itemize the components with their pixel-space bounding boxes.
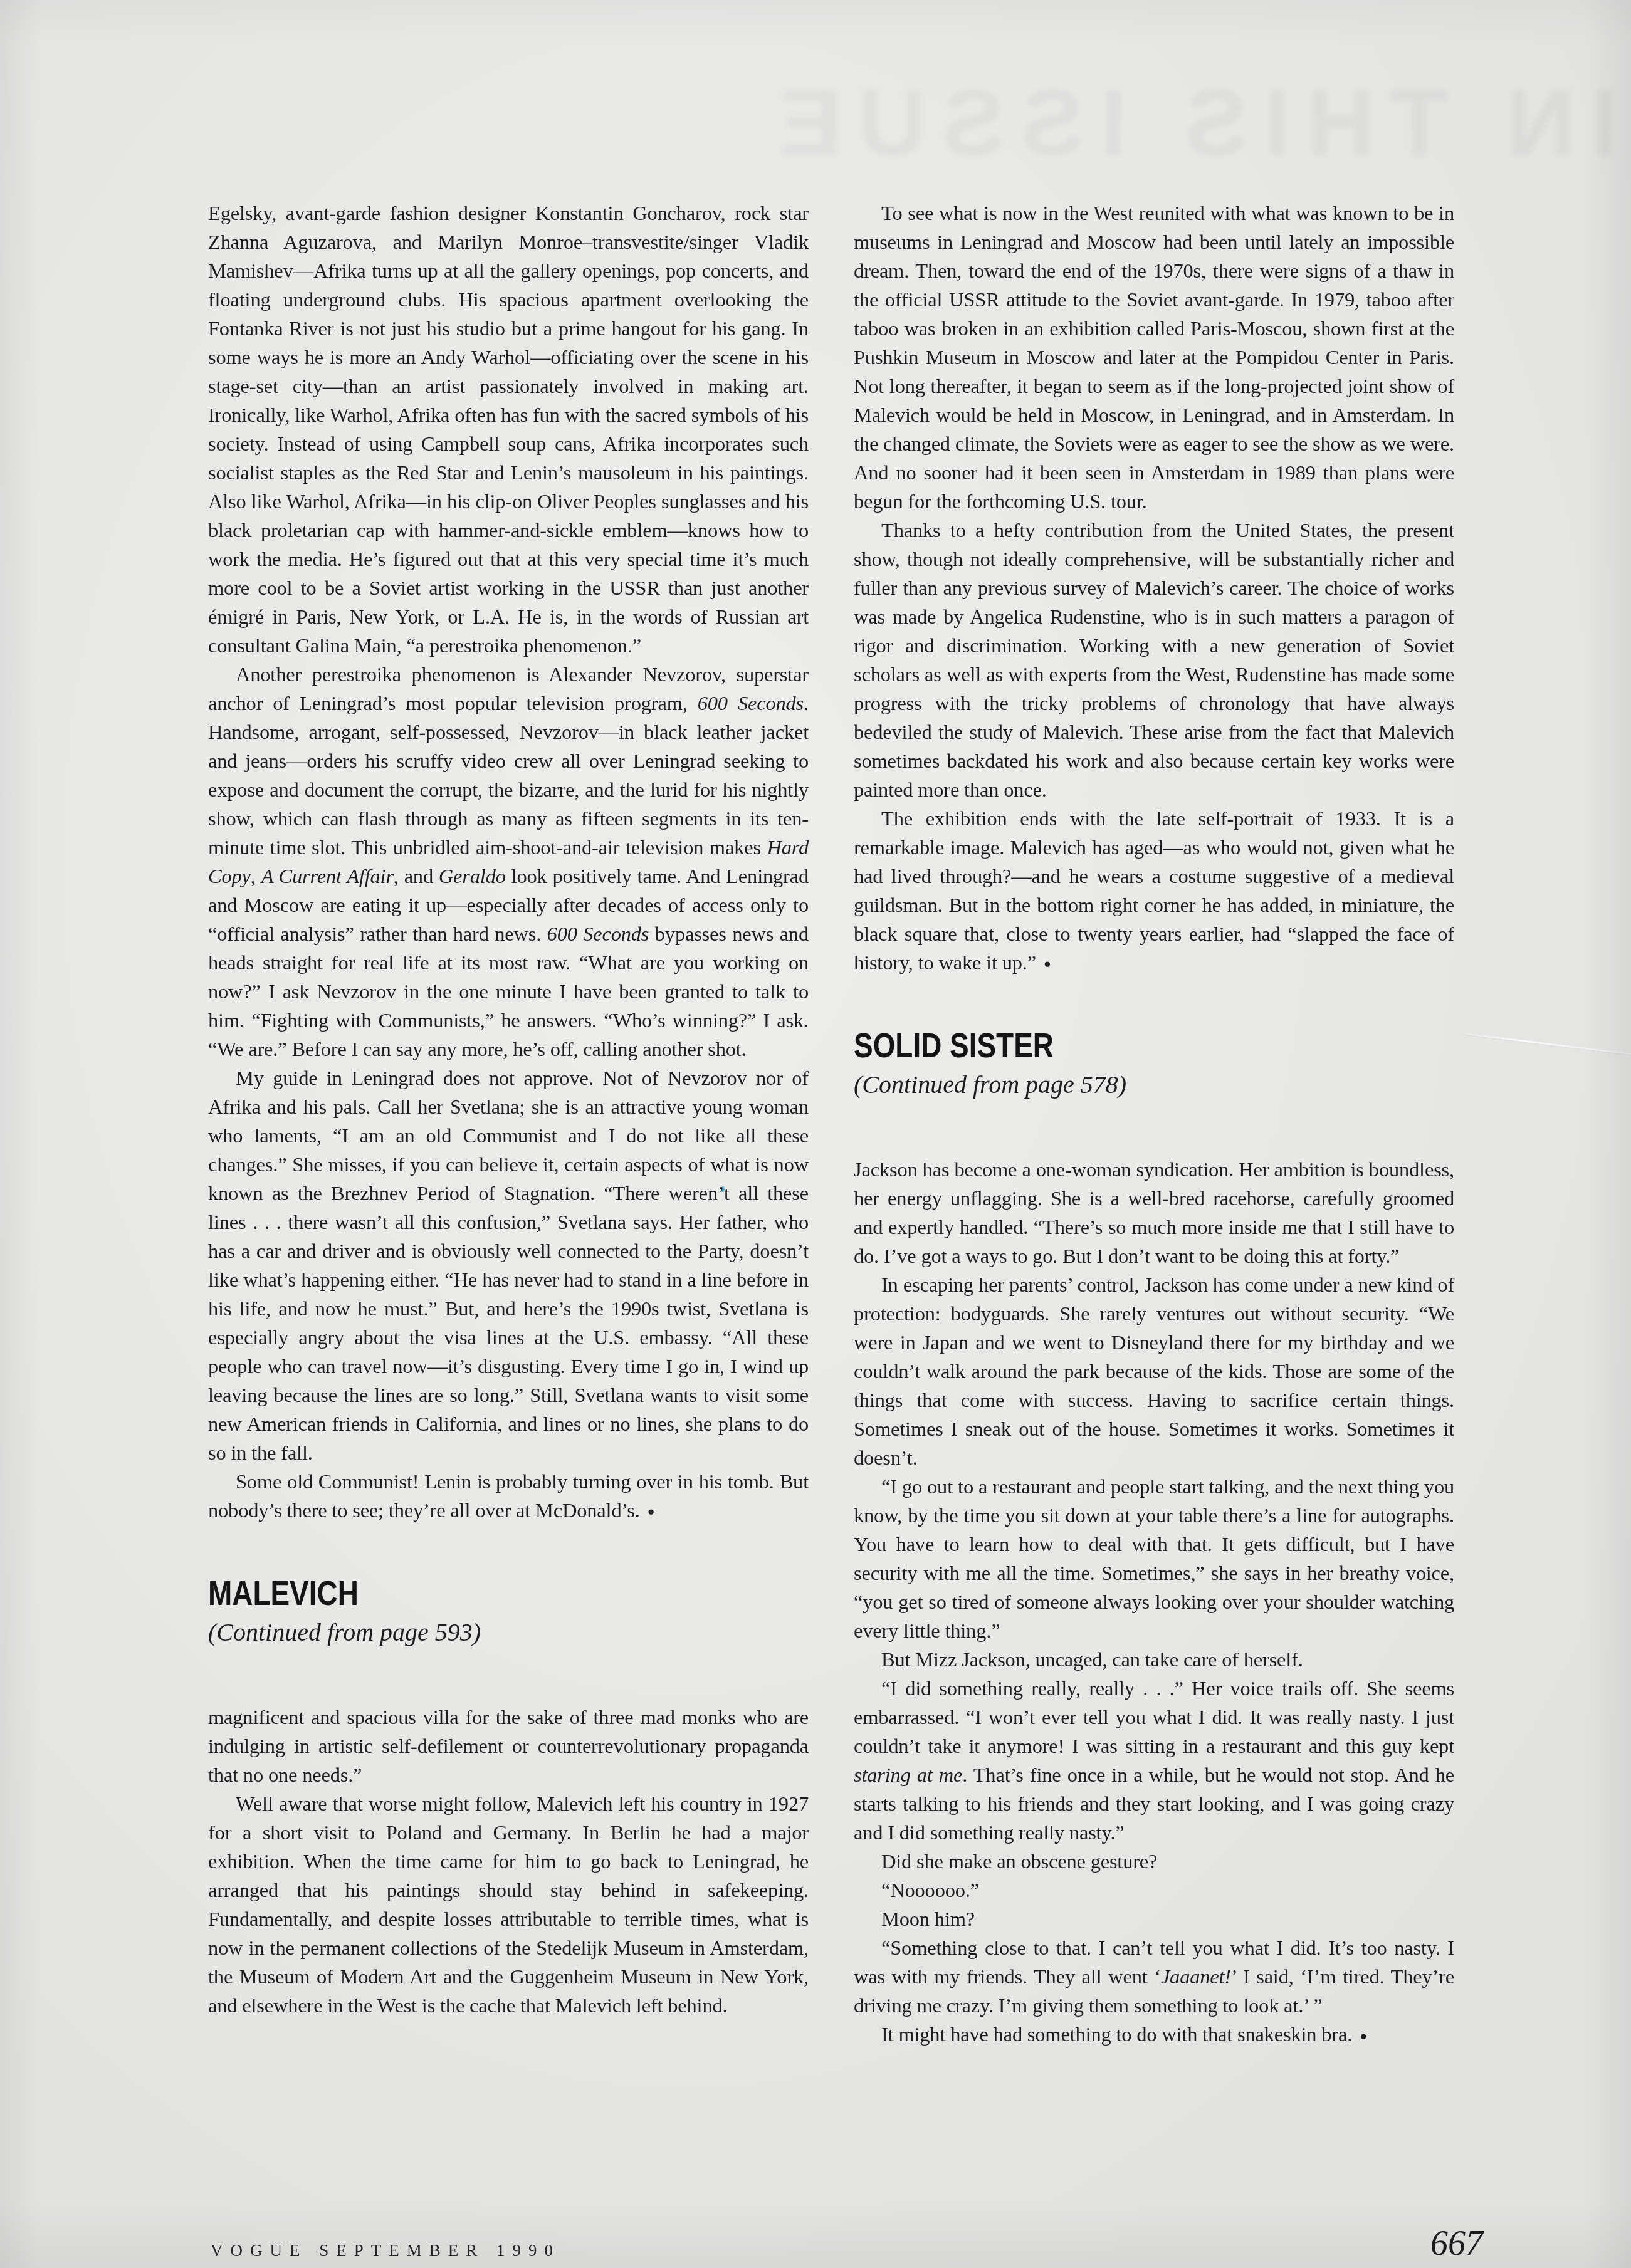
body-paragraph: My guide in Leningrad does not approve. …: [208, 1064, 809, 1468]
footer-magazine-title: VOGUE SEPTEMBER 1990: [211, 2241, 560, 2260]
body-paragraph: In escaping her parents’ control, Jackso…: [854, 1271, 1454, 1473]
body-paragraph: Jackson has become a one-woman syndicati…: [854, 1156, 1454, 1271]
body-paragraph: But Mizz Jackson, uncaged, can take care…: [854, 1646, 1454, 1675]
body-paragraph: Egelsky, avant-garde fashion designer Ko…: [208, 199, 809, 661]
body-paragraph: Moon him?: [854, 1905, 1454, 1934]
continued-from-note: (Continued from page 593): [208, 1617, 809, 1648]
body-paragraph: “I did something really, really . . .” H…: [854, 1675, 1454, 1847]
body-paragraph: “I go out to a restaurant and people sta…: [854, 1473, 1454, 1646]
body-paragraph: “Something close to that. I can’t tell y…: [854, 1934, 1454, 2020]
end-of-article-dot: ●: [648, 1505, 655, 1518]
end-of-article-dot: ●: [1360, 2030, 1367, 2043]
body-paragraph: magnificent and spacious villa for the s…: [208, 1703, 809, 1790]
end-of-article-dot: ●: [1044, 958, 1051, 971]
body-paragraph: Another perestroika phenomenon is Alexan…: [208, 661, 809, 1064]
left-column: Egelsky, avant-garde fashion designer Ko…: [208, 199, 809, 2020]
body-paragraph: Thanks to a hefty contribution from the …: [854, 516, 1454, 805]
body-paragraph: To see what is now in the West reunited …: [854, 199, 1454, 516]
bleed-through-ghost-text: IN THIS ISSUE: [915, 69, 1617, 177]
body-paragraph: It might have had something to do with t…: [854, 2020, 1454, 2051]
right-column: To see what is now in the West reunited …: [854, 199, 1454, 2051]
body-paragraph: The exhibition ends with the late self-p…: [854, 805, 1454, 979]
article-heading: MALEVICH: [208, 1576, 701, 1611]
body-paragraph: Well aware that worse might follow, Male…: [208, 1790, 809, 2020]
continued-from-note: (Continued from page 578): [854, 1069, 1454, 1100]
body-paragraph: “Noooooo.”: [854, 1876, 1454, 1905]
magazine-page: IN THIS ISSUE Egelsky, avant-garde fashi…: [0, 0, 1631, 2268]
paper-crease: [1458, 1032, 1631, 1057]
article-heading: SOLID SISTER: [854, 1028, 1346, 1063]
body-paragraph: Did she make an obscene gesture?: [854, 1847, 1454, 1876]
page-number: 667: [1430, 2224, 1483, 2264]
body-paragraph: Some old Communist! Lenin is probably tu…: [208, 1468, 809, 1527]
